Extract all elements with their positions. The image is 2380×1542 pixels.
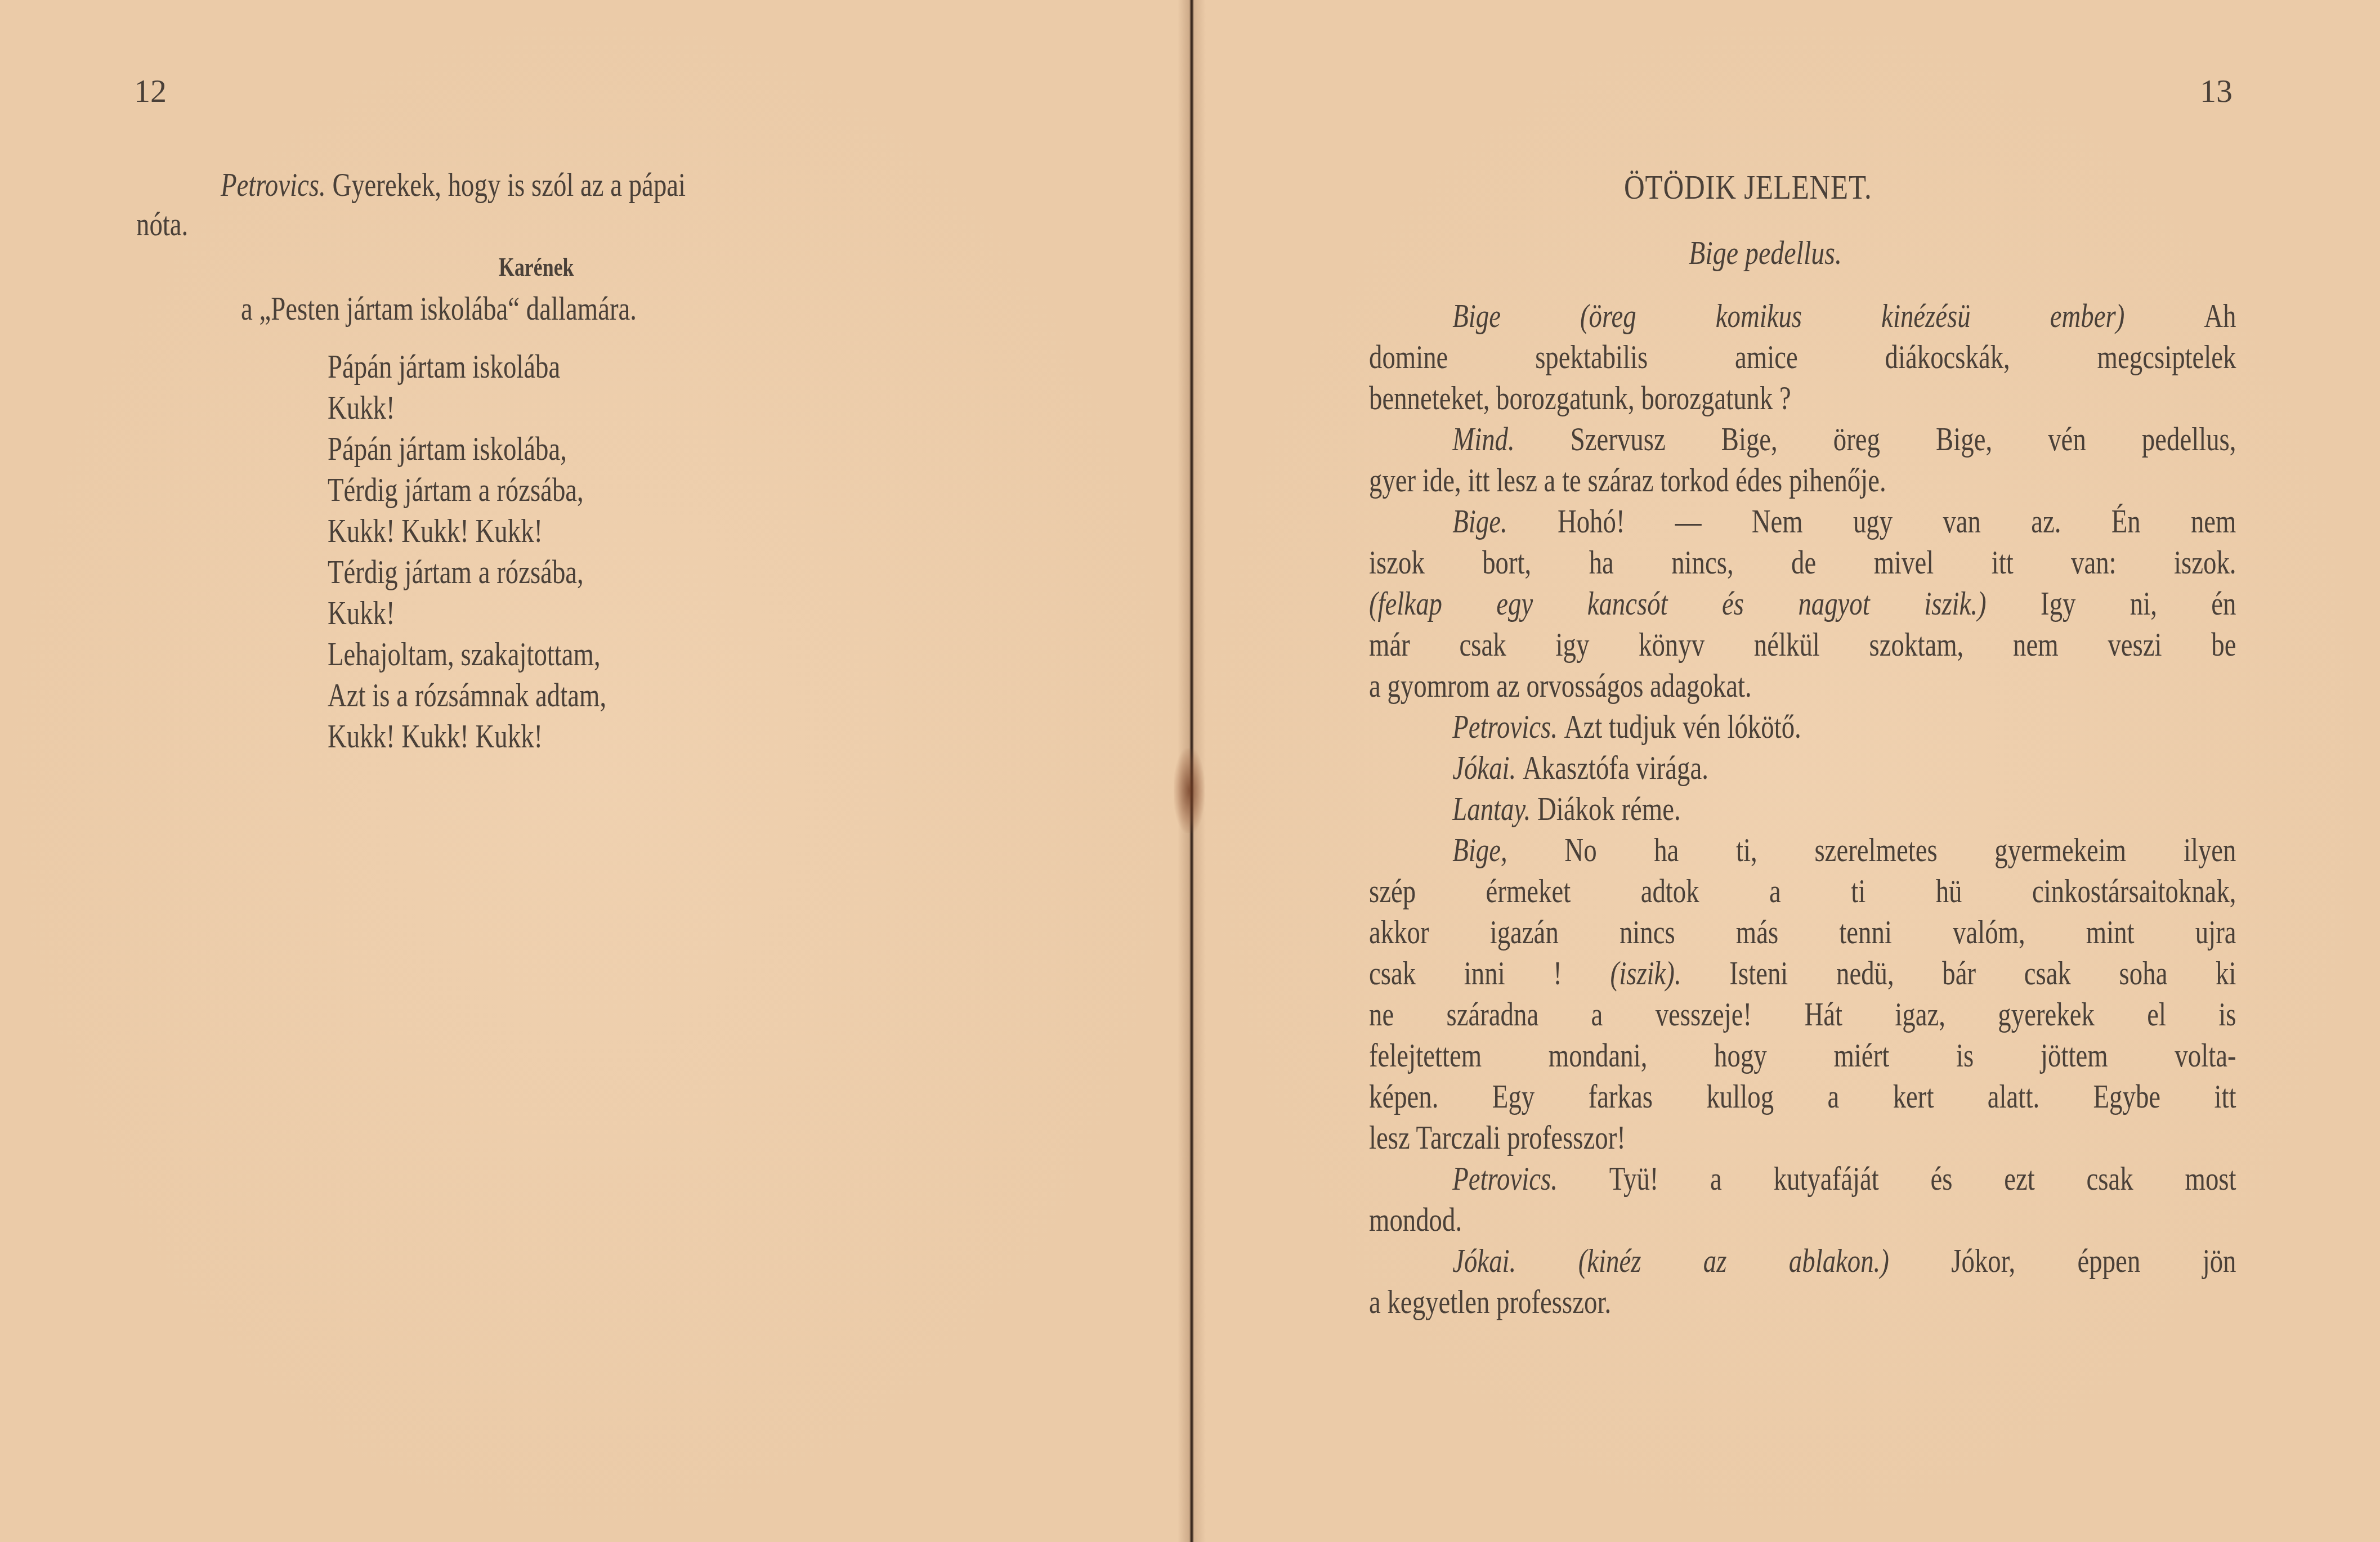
verse-line: Kukk! Kukk! Kukk! [328, 716, 606, 757]
line-text: Isteni nedü, bár csak soha ki [1729, 954, 2236, 992]
verse-line: Pápán jártam iskolába, [328, 428, 584, 469]
dialogue-line: Lantay. Diákok réme. [1369, 788, 2236, 830]
dialogue-line: Bige, No ha ti, szerelmetes gyermekeim i… [1369, 830, 2236, 871]
dialogue-line: Bige. Hohó! — Nem ugy van az. Én nem [1369, 501, 2236, 542]
verse-line: Pápán jártam iskolába [328, 346, 584, 387]
dialogue-line: Mind. Szervusz Bige, öreg Bige, vén pede… [1369, 419, 2236, 460]
line-text: Diákok réme. [1537, 790, 1681, 827]
speaker-name: Jókai. [1452, 1242, 1578, 1279]
line-text: szép érmeket adtok a ti hü cinkostársait… [1369, 872, 2236, 909]
line-text: gyer ide, itt lesz a te száraz torkod éd… [1369, 461, 1886, 499]
dialogue-line: képen. Egy farkas kullog a kert alatt. E… [1369, 1076, 2236, 1117]
left-page: 12 Petrovics. Gyerekek, hogy is szól az … [0, 0, 1189, 1542]
dialogue-line: Jókai. Akasztófa virága. [1369, 747, 2236, 788]
dialogue-line: a kegyetlen professzor. [1369, 1281, 2236, 1323]
stage-direction: (kinéz az ablakon.) [1578, 1242, 1952, 1279]
line-text: Ah [2204, 297, 2236, 334]
line-text: felejtettem mondani, hogy miért is jötte… [1369, 1037, 2236, 1074]
dialogue-line: Petrovics. Azt tudjuk vén lókötő. [1369, 706, 2236, 747]
dialogue-line: felejtettem mondani, hogy miért is jötte… [1369, 1035, 2236, 1076]
dialogue-line: domine spektabilis amice diákocskák, meg… [1369, 337, 2236, 378]
line-text: Hohó! — Nem ugy van az. Én nem [1558, 503, 2236, 540]
song-verse-1: Pápán jártam iskolába Kukk! Pápán jártam… [328, 346, 656, 552]
dialogue-line: (felkap egy kancsót és nagyot iszik.) Ig… [1369, 583, 2236, 624]
dialogue-line: ne száradna a vesszeje! Hát igaz, gyerek… [1369, 994, 2236, 1035]
verse-line: Térdig jártam a rózsába, [328, 552, 606, 593]
speaker-name: Bige. [1452, 503, 1558, 540]
stage-direction: (öreg komikus kinézésü ember) [1580, 297, 2204, 334]
line-text: képen. Egy farkas kullog a kert alatt. E… [1369, 1078, 2236, 1115]
line-text: a kegyetlen professzor. [1369, 1283, 1611, 1320]
dialogue-line: Jókai. (kinéz az ablakon.) Jókor, éppen … [1369, 1240, 2236, 1281]
dialogue-line: lesz Tarczali professzor! [1369, 1117, 2236, 1158]
verse-line: Kukk! [328, 387, 584, 428]
speaker-name: Lantay. [1452, 790, 1537, 827]
line-text: ne száradna a vesszeje! Hát igaz, gyerek… [1369, 996, 2236, 1033]
speaker-name: Bige [1452, 297, 1580, 334]
song-tune: a „Pesten jártam iskolába“ dallamára. [241, 288, 637, 329]
dialogue-line: akkor igazán nincs más tenni valóm, mint… [1369, 912, 2236, 953]
dialogue-line: csak inni ! (iszik). Isteni nedü, bár cs… [1369, 953, 2236, 994]
dialogue-line: a gyomrom az orvosságos adagokat. [1369, 665, 2236, 706]
speaker-name: Bige, [1452, 831, 1564, 868]
line-text: mondod. [1369, 1201, 1462, 1238]
line-text: Akasztófa virága. [1523, 749, 1708, 786]
line-text: No ha ti, szerelmetes gyermekeim ilyen [1564, 831, 2236, 868]
speaker-name: Jókai. [1452, 749, 1523, 786]
song-verse-2: Térdig jártam a rózsába, Kukk! Lehajolta… [328, 552, 685, 757]
speaker-name: Petrovics. [1452, 1160, 1609, 1197]
dialogue-line: már csak igy könyv nélkül szoktam, nem v… [1369, 624, 2236, 665]
line-text: Tyü! a kutyafáját és ezt csak most [1609, 1160, 2236, 1197]
verse-line: Kukk! Kukk! Kukk! [328, 510, 584, 552]
speech-text: Gyerekek, hogy is szól az a pápai [332, 166, 686, 203]
line-text: Jókor, éppen jön [1951, 1242, 2236, 1279]
dialogue-line: iszok bort, ha nincs, de mivel itt van: … [1369, 542, 2236, 583]
dialogue-line: mondod. [1369, 1199, 2236, 1240]
speaker-name: Petrovics. [1452, 708, 1564, 745]
line-text: a gyomrom az orvosságos adagokat. [1369, 667, 1752, 704]
line-text: iszok bort, ha nincs, de mivel itt van: … [1369, 544, 2236, 581]
dialogue-line: Bige (öreg komikus kinézésü ember) Ah [1369, 295, 2236, 337]
line-text: Szervusz Bige, öreg Bige, vén pedellus, [1571, 420, 2236, 458]
speaker-name: Mind. [1452, 420, 1571, 458]
line-text: Igy ni, én [2041, 585, 2236, 622]
scene-heading: ÖTÖDIK JELENET. [1624, 168, 1872, 208]
line-text: lesz Tarczali professzor! [1369, 1119, 1626, 1156]
song-title: Karének [499, 246, 574, 288]
speaker-name: Petrovics. [221, 166, 326, 203]
page-number-left: 12 [134, 72, 167, 110]
stage-direction: (iszik). [1610, 954, 1730, 992]
dialogue-line: gyer ide, itt lesz a te száraz torkod éd… [1369, 460, 2236, 501]
speech-continuation: nóta. [136, 204, 188, 245]
verse-line: Térdig jártam a rózsába, [328, 469, 584, 510]
dialogue-line: szép érmeket adtok a ti hü cinkostársait… [1369, 871, 2236, 912]
scene-subheading: Bige pedellus. [1689, 234, 1842, 272]
dialogue-line: benneteket, borozgatunk, borozgatunk ? [1369, 378, 2236, 419]
speech-petrovics: Petrovics. Gyerekek, hogy is szól az a p… [221, 164, 686, 205]
dialogue-body: Bige (öreg komikus kinézésü ember) Ahdom… [1369, 295, 2236, 1323]
stage-direction: (felkap egy kancsót és nagyot iszik.) [1369, 585, 2041, 622]
verse-line: Kukk! [328, 593, 606, 634]
page-number-right: 13 [2200, 72, 2233, 110]
line-text: Azt tudjuk vén lókötő. [1564, 708, 1801, 745]
verse-line: Lehajoltam, szakajtottam, [328, 634, 606, 675]
verse-line: Azt is a rózsámnak adtam, [328, 675, 606, 716]
line-text: csak inni ! [1369, 954, 1610, 992]
line-text: domine spektabilis amice diákocskák, meg… [1369, 338, 2236, 375]
binding-stain [1174, 748, 1205, 833]
dialogue-line: Petrovics. Tyü! a kutyafáját és ezt csak… [1369, 1158, 2236, 1199]
line-text: benneteket, borozgatunk, borozgatunk ? [1369, 379, 1791, 416]
line-text: akkor igazán nincs más tenni valóm, mint… [1369, 913, 2236, 951]
line-text: már csak igy könyv nélkül szoktam, nem v… [1369, 626, 2236, 663]
